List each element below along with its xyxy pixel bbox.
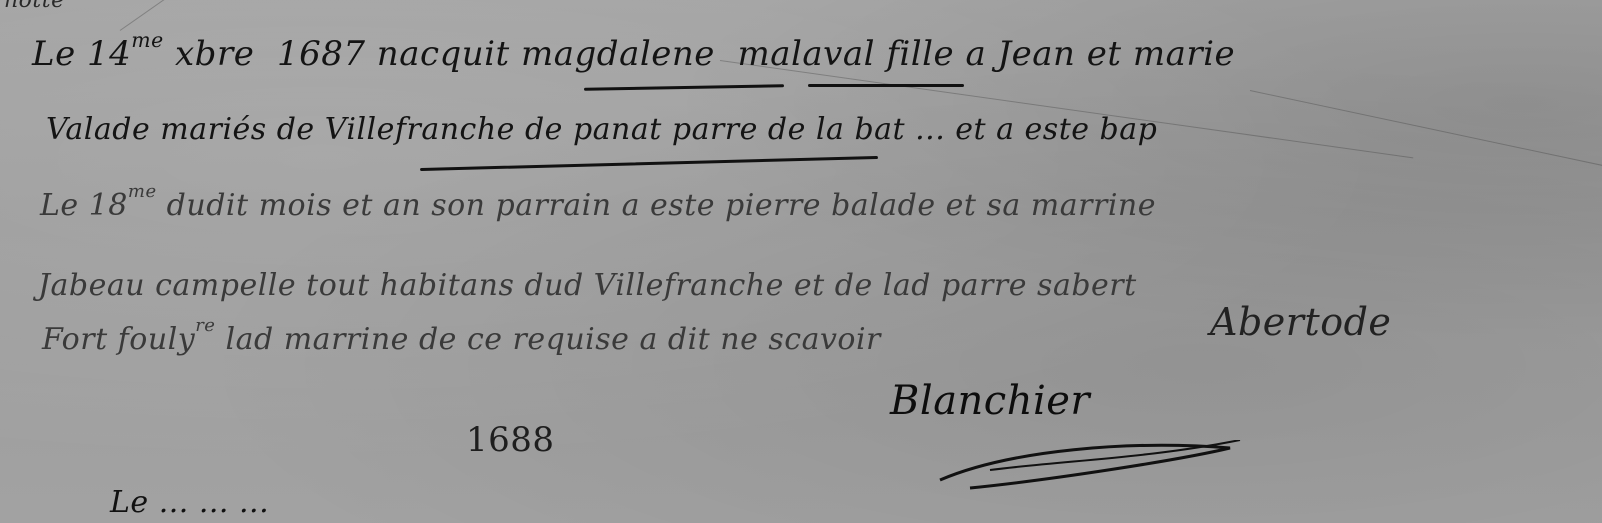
- record-line-3: Le 18me dudit mois et an son parrain a e…: [40, 188, 1156, 223]
- verb-text: nacquit: [377, 34, 510, 74]
- paper-crease: [1250, 90, 1602, 166]
- year-mark: 1688: [466, 420, 555, 460]
- witness-signature: Abertode: [1210, 300, 1391, 344]
- next-record-partial: Le ... ... ...: [110, 485, 269, 520]
- month-text: xbre: [175, 34, 254, 74]
- parish-text: parre de la bat ... et a este bap: [672, 112, 1157, 147]
- residence-text: Jabeau campelle tout habitans dud Villef…: [38, 268, 1137, 303]
- year-text: 1687: [277, 34, 366, 74]
- parents-text: fille a Jean et marie: [886, 34, 1235, 74]
- baptism-day-superscript: me: [128, 181, 157, 202]
- closing-superscript: re: [195, 315, 215, 336]
- mother-surname-text: Valade mariés de: [46, 112, 315, 147]
- day-text: Le 14: [32, 34, 131, 74]
- priest-signature: Blanchier: [890, 378, 1090, 424]
- record-line-5: Fort foulyre lad marrine de ce requise a…: [42, 322, 881, 357]
- underline-place: [420, 156, 878, 171]
- place-name: Villefranche de panat: [325, 112, 662, 147]
- closing-start-text: Fort fouly: [42, 322, 195, 357]
- record-line-2: Valade mariés de Villefranche de panat p…: [46, 112, 1157, 147]
- baptism-day-text: Le 18: [40, 188, 128, 223]
- underline-surname: [808, 84, 964, 87]
- child-surname: malaval: [737, 34, 875, 74]
- day-superscript: me: [131, 28, 163, 52]
- signature-flourish-icon: [930, 440, 1250, 490]
- closing-end-text: lad marrine de ce requise a dit ne scavo…: [226, 322, 881, 357]
- record-line-1: Le 14me xbre 1687 nacquit magdalene mala…: [32, 34, 1235, 74]
- margin-note: notte: [4, 0, 65, 13]
- child-first-name: magdalene: [521, 34, 715, 74]
- paper-crease: [120, 0, 219, 31]
- underline-first-name: [584, 84, 784, 90]
- record-line-4: Jabeau campelle tout habitans dud Villef…: [38, 268, 1137, 303]
- manuscript-page: notte Le 14me xbre 1687 nacquit magdalen…: [0, 0, 1602, 523]
- godparents-text: dudit mois et an son parrain a este pier…: [167, 188, 1156, 223]
